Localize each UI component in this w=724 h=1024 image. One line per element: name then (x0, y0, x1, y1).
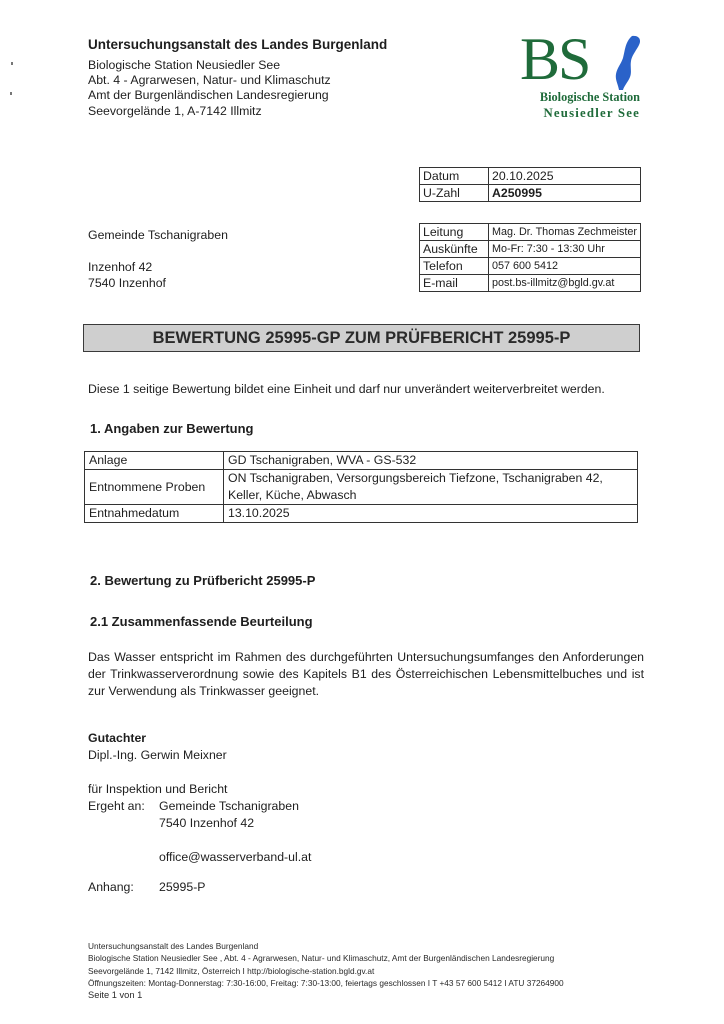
detail-value: ON Tschanigraben, Versorgungsbereich Tie… (224, 470, 638, 505)
detail-value: GD Tschanigraben, WVA - GS-532 (224, 452, 638, 470)
attachment-value: 25995-P (159, 880, 206, 894)
table-row: Datum 20.10.2025 (420, 168, 641, 185)
table-row: Leitung Mag. Dr. Thomas Zechmeister (420, 224, 641, 241)
org-line: Abt. 4 - Agrarwesen, Natur- und Klimasch… (88, 73, 331, 88)
uzahl-value: A250995 (489, 185, 641, 202)
uzahl-label: U-Zahl (420, 185, 489, 202)
inspection-role: für Inspektion und Bericht (88, 782, 227, 796)
logo: BS Biologische Station Neusiedler See (518, 30, 643, 122)
footer-line: Öffnungszeiten: Montag-Donnerstag: 7:30-… (88, 977, 564, 989)
page-number: Seite 1 von 1 (88, 989, 564, 1001)
sent-to-email[interactable]: office@wasserverband-ul.at (159, 850, 311, 864)
table-row: Entnommene Proben ON Tschanigraben, Vers… (85, 470, 638, 505)
lake-icon (610, 34, 644, 92)
scan-mark (11, 62, 13, 65)
footer-line: Biologische Station Neusiedler See , Abt… (88, 952, 564, 964)
contact-value: Mag. Dr. Thomas Zechmeister (488, 224, 640, 241)
footer: Untersuchungsanstalt des Landes Burgenla… (88, 940, 564, 1001)
recipient-name: Gemeinde Tschanigraben (88, 227, 228, 243)
footer-line: Seevorgelände 1, 7142 Illmitz, Österreic… (88, 965, 564, 977)
sent-to-label: Ergeht an: (88, 799, 145, 813)
scan-mark (10, 92, 12, 95)
detail-value: 13.10.2025 (224, 505, 638, 523)
intro-text: Diese 1 seitige Bewertung bildet eine Ei… (88, 382, 605, 396)
detail-label: Anlage (85, 452, 224, 470)
table-row: Entnahmedatum 13.10.2025 (85, 505, 638, 523)
summary-text: Das Wasser entspricht im Rahmen des durc… (88, 649, 644, 700)
recipient-address: Gemeinde Tschanigraben Inzenhof 42 7540 … (88, 227, 228, 291)
section2-heading: 2. Bewertung zu Prüfbericht 25995-P (90, 573, 315, 588)
org-address: Biologische Station Neusiedler See Abt. … (88, 58, 331, 119)
table-row: U-Zahl A250995 (420, 185, 641, 202)
date-label: Datum (420, 168, 489, 185)
date-value: 20.10.2025 (489, 168, 641, 185)
meta-table: Datum 20.10.2025 U-Zahl A250995 (419, 167, 641, 202)
document-title: BEWERTUNG 25995-GP ZUM PRÜFBERICHT 25995… (83, 324, 640, 352)
logo-line2: Neusiedler See (518, 106, 640, 121)
contact-value: 057 600 5412 (488, 258, 640, 275)
detail-label: Entnommene Proben (85, 470, 224, 505)
footer-line: Untersuchungsanstalt des Landes Burgenla… (88, 940, 564, 952)
section2-1-heading: 2.1 Zusammenfassende Beurteilung (90, 614, 313, 629)
table-row: Anlage GD Tschanigraben, WVA - GS-532 (85, 452, 638, 470)
recipient-city: 7540 Inzenhof (88, 275, 228, 291)
table-row: Auskünfte Mo-Fr: 7:30 - 13:30 Uhr (420, 241, 641, 258)
recipient-street: Inzenhof 42 (88, 259, 228, 275)
contact-value: Mo-Fr: 7:30 - 13:30 Uhr (488, 241, 640, 258)
contact-table: Leitung Mag. Dr. Thomas Zechmeister Ausk… (419, 223, 641, 292)
logo-line1: Biologische Station (518, 90, 640, 105)
contact-label: Telefon (420, 258, 489, 275)
section1-heading: 1. Angaben zur Bewertung (90, 421, 253, 436)
details-table: Anlage GD Tschanigraben, WVA - GS-532 En… (84, 451, 638, 523)
contact-email[interactable]: post.bs-illmitz@bgld.gv.at (488, 275, 640, 292)
org-line: Amt der Burgenländischen Landesregierung (88, 88, 331, 103)
org-line: Biologische Station Neusiedler See (88, 58, 331, 73)
contact-label: Leitung (420, 224, 489, 241)
contact-label: E-mail (420, 275, 489, 292)
expert-name: Dipl.-Ing. Gerwin Meixner (88, 748, 227, 762)
sent-to-line: 7540 Inzenhof 42 (159, 816, 254, 830)
contact-label: Auskünfte (420, 241, 489, 258)
sent-to-line: Gemeinde Tschanigraben (159, 799, 299, 813)
attachment-label: Anhang: (88, 880, 134, 894)
org-line: Seevorgelände 1, A-7142 Illmitz (88, 104, 331, 119)
table-row: E-mail post.bs-illmitz@bgld.gv.at (420, 275, 641, 292)
table-row: Telefon 057 600 5412 (420, 258, 641, 275)
expert-heading: Gutachter (88, 731, 146, 745)
logo-letters: BS (520, 24, 589, 94)
org-name: Untersuchungsanstalt des Landes Burgenla… (88, 37, 387, 52)
detail-label: Entnahmedatum (85, 505, 224, 523)
